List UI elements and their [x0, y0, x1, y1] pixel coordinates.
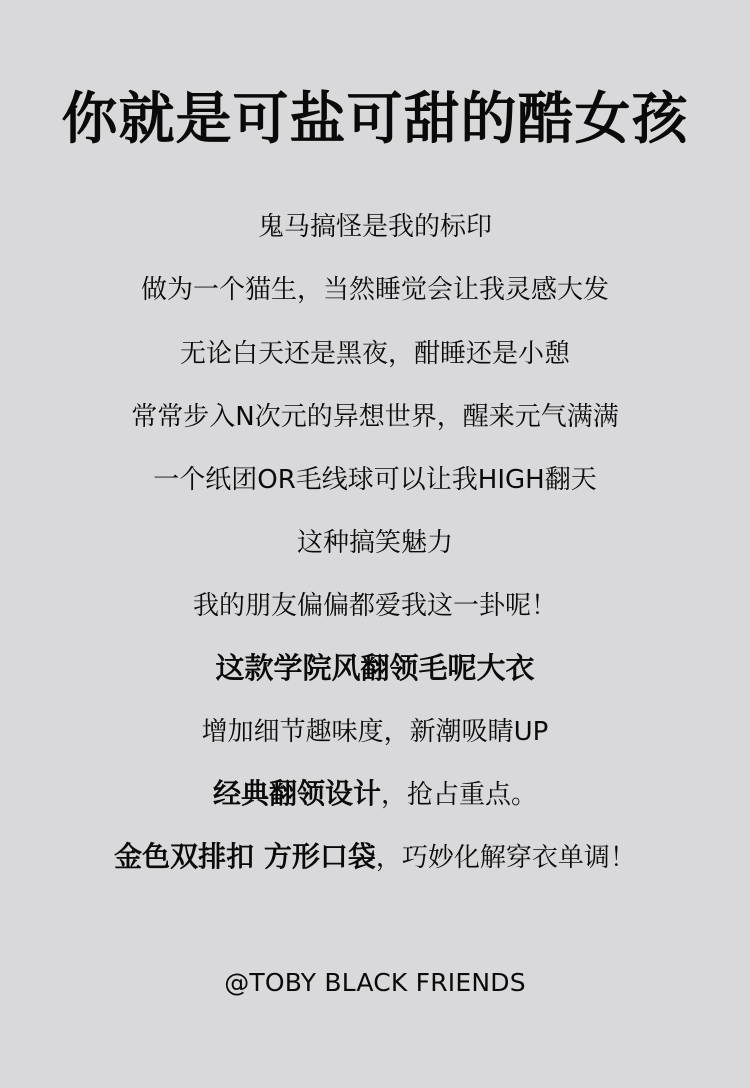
- text-line: 一个纸团OR毛线球可以让我HIGH翻天: [0, 463, 750, 497]
- text-line: 鬼马搞怪是我的标印: [0, 210, 750, 244]
- regular-phrase: ，巧妙化解穿衣单调！: [376, 843, 636, 873]
- text-line: 这种搞笑魅力: [0, 526, 750, 560]
- highlight-line: 这款学院风翻领毛呢大衣: [0, 651, 750, 685]
- text-line: 增加细节趣味度，新潮吸睛UP: [0, 715, 750, 749]
- text-line: 无论白天还是黑夜，酣睡还是小憩: [0, 337, 750, 371]
- regular-phrase: ，抢占重点。: [381, 780, 537, 810]
- page-title: 你就是可盐可甜的酷女孩: [0, 86, 750, 154]
- mixed-line: 经典翻领设计，抢占重点。: [0, 777, 750, 812]
- text-line: 做为一个猫生，当然睡觉会让我灵感大发: [0, 273, 750, 307]
- brand-footer: @TOBY BLACK FRIENDS: [0, 966, 750, 1000]
- text-line: 我的朋友偏偏都爱我这一卦呢！: [0, 589, 750, 623]
- bold-phrase: 金色双排扣 方形口袋: [114, 840, 376, 873]
- text-line: 常常步入N次元的异想世界，醒来元气满满: [0, 400, 750, 434]
- mixed-line: 金色双排扣 方形口袋，巧妙化解穿衣单调！: [0, 840, 750, 875]
- bold-phrase: 经典翻领设计: [213, 777, 381, 810]
